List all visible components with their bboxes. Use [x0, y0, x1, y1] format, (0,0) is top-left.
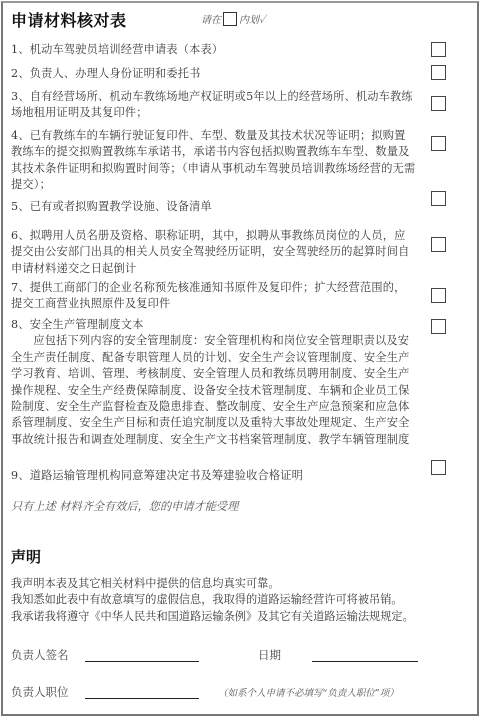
acceptance-note: 只有上述 材料齐全有效后，您的申请才能受理 [11, 498, 238, 514]
checklist-item-9: 9、道路运输管理机构同意筹建决定书及筹建验收合格证明 [11, 468, 416, 484]
checkbox-item-5[interactable] [431, 191, 446, 206]
checklist-item-5: 5、已有或者拟购置教学设施、设备清单 [11, 199, 416, 215]
checklist-item-4: 4、已有教练车的车辆行驶证复印件、车型、数量及其技术状况等证明；拟购置教练车的提… [11, 128, 416, 194]
checkbox-item-4[interactable] [431, 136, 446, 151]
declaration-line-1: 我声明本表及其它相关材料中提供的信息均真实可靠。 [11, 576, 414, 592]
declaration-text: 我声明本表及其它相关材料中提供的信息均真实可靠。 我知悉如此表中有故意填写的虚假… [11, 576, 414, 625]
sample-checkbox-icon [223, 12, 237, 26]
checkbox-item-2[interactable] [431, 65, 446, 80]
checklist-item-7: 7、提供工商部门的企业名称预先核准通知书原件及复印件；扩大经营范围的，提交工商营… [11, 280, 416, 313]
check-instruction: 请在 内划✓ [201, 11, 265, 26]
page-title: 申请材料核对表 [11, 8, 127, 31]
date-field[interactable] [312, 661, 418, 662]
checklist-item-2: 2、负责人、办理人身份证明和委托书 [11, 66, 416, 82]
checkbox-item-3[interactable] [431, 96, 446, 111]
checklist-item-8: 8、安全生产管理制度文本 应包括下列内容的安全管理制度：安全管理机构和岗位安全管… [11, 317, 416, 448]
item-8-detail: 应包括下列内容的安全管理制度：安全管理机构和岗位安全管理职责以及安全生产责任制度… [11, 333, 416, 448]
position-label: 负责人职位 [11, 684, 69, 700]
checkbox-item-1[interactable] [431, 42, 446, 57]
checklist-item-6: 6、拟聘用人员名册及资格、职称证明，其中，拟聘从事教练员岗位的人员，应提交由公安… [11, 228, 416, 277]
signer-field[interactable] [85, 661, 199, 662]
declaration-heading: 声明 [11, 546, 41, 567]
item-8-title: 8、安全生产管理制度文本 [11, 318, 144, 331]
declaration-line-3: 我承诺我将遵守《中华人民共和国道路运输条例》及其它有关道路运输法规规定。 [11, 609, 414, 625]
checkbox-item-8[interactable] [431, 319, 446, 334]
date-label: 日期 [258, 647, 281, 663]
hint-before: 请在 [201, 11, 221, 26]
checkbox-item-6[interactable] [431, 237, 446, 252]
signer-label: 负责人签名 [11, 647, 69, 663]
checkbox-item-7[interactable] [431, 288, 446, 303]
position-note: （如系个人申请不必填写“负责人职位”项） [218, 685, 399, 699]
position-field[interactable] [85, 698, 199, 699]
checklist-item-3: 3、自有经营场所、机动车教练场地产权证明或5年以上的经营场所、机动车教练场地租用… [11, 89, 416, 122]
hint-after: 内划✓ [239, 11, 265, 26]
declaration-line-2: 我知悉如此表中有故意填写的虚假信息，我取得的道路运输经营许可将被吊销。 [11, 592, 414, 608]
checkbox-item-9[interactable] [431, 460, 446, 475]
checklist-item-1: 1、机动车驾驶员培训经营申请表（本表） [11, 42, 416, 58]
